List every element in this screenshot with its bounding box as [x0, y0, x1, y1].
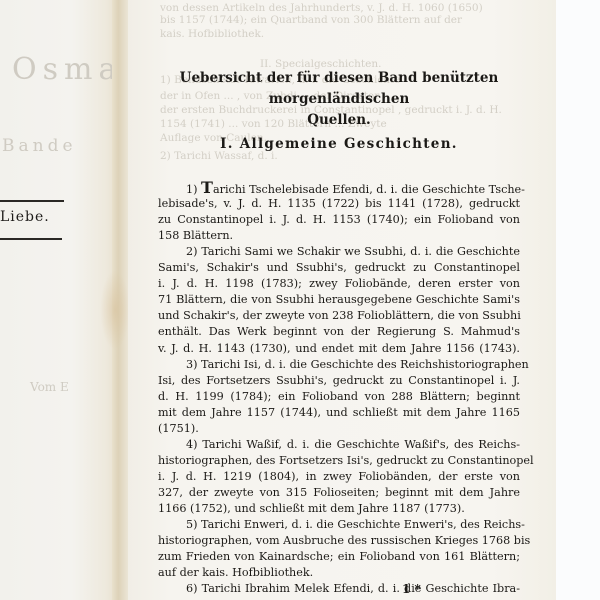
page-title-line-2: Quellen. — [158, 110, 520, 131]
text-line: v. J. d. H. 1143 (1730), und endet mit d… — [158, 341, 520, 357]
page-title-line-1: Uebersicht der für diesen Band benützten… — [158, 68, 520, 110]
text-line: mit dem Jahre 1157 (1744), und schließt … — [158, 405, 520, 421]
text-line: 4) Tarichi Waßif, d. i. die Geschichte W… — [158, 437, 520, 453]
text-line: Sami's, Schakir's und Ssubhi's, gedruckt… — [158, 260, 520, 276]
section-heading: I. Allgemeine Geschichten. — [158, 136, 520, 152]
text-line: 158 Blättern. — [158, 228, 520, 244]
text-line: i. J. d. H. 1198 (1783); zwey Foliobände… — [158, 276, 520, 292]
text-line: und Schakir's, der zweyte von 238 Foliob… — [158, 308, 520, 324]
left-page-ghost-line: Vom E — [30, 380, 69, 394]
paper-stain — [100, 270, 130, 350]
left-page-ghost-subheading: Bande — [2, 136, 77, 156]
show-through-line: von dessen Artikeln des Jahrhunderts, v.… — [160, 2, 483, 14]
text-line: i. J. d. H. 1219 (1804), in zwey Foliobä… — [158, 469, 520, 485]
text-line: 2) Tarichi Sami we Schakir we Ssubhi, d.… — [158, 244, 520, 260]
text-line: 3) Tarichi Isi, d. i. die Geschichte des… — [158, 357, 520, 373]
text-line: 5) Tarichi Enweri, d. i. die Geschichte … — [158, 517, 520, 533]
text-line: lebisade's, v. J. d. H. 1135 (1722) bis … — [158, 196, 520, 212]
text-line: Isi, des Fortsetzers Ssubhi's, gedruckt … — [158, 373, 520, 389]
left-page-rule-bottom — [0, 238, 62, 240]
text-line: zum Frieden von Kainardsche; ein Folioba… — [158, 549, 520, 565]
text-line: historiographen, vom Ausbruche des russi… — [158, 533, 520, 549]
page-edge-background — [556, 0, 600, 600]
book-scan: Osmani Bande Liebe. Vom E von dessen Art… — [0, 0, 600, 600]
drop-capital: T — [201, 178, 213, 197]
text-line: auf der kais. Hofbibliothek. — [158, 565, 520, 581]
text-line: 1166 (1752), und schließt mit dem Jahre … — [158, 501, 520, 517]
show-through-line: kais. Hofbibliothek. — [160, 28, 264, 40]
text-line: (1751). — [158, 421, 520, 437]
left-page-label: Liebe. — [0, 209, 50, 225]
text-line: d. H. 1199 (1784); ein Folioband von 288… — [158, 389, 520, 405]
page-signature: 1 * — [402, 582, 421, 596]
text-line: enthält. Das Werk beginnt von der Regier… — [158, 324, 520, 340]
text-line: 327, der zweyte von 315 Folioseiten; beg… — [158, 485, 520, 501]
text-line: 71 Blättern, die von Ssubhi herausgegebe… — [158, 292, 520, 308]
text-line: zu Constantinopel i. J. d. H. 1153 (1740… — [158, 212, 520, 228]
left-page-rule-top — [0, 200, 64, 202]
show-through-line: bis 1157 (1744); ein Quartband von 300 B… — [160, 14, 462, 26]
page-title: Uebersicht der für diesen Band benützten… — [158, 68, 520, 131]
text-line: historiographen, des Fortsetzers Isi's, … — [158, 453, 520, 469]
text-line: 6) Tarichi Ibrahim Melek Efendi, d. i. d… — [158, 581, 520, 597]
